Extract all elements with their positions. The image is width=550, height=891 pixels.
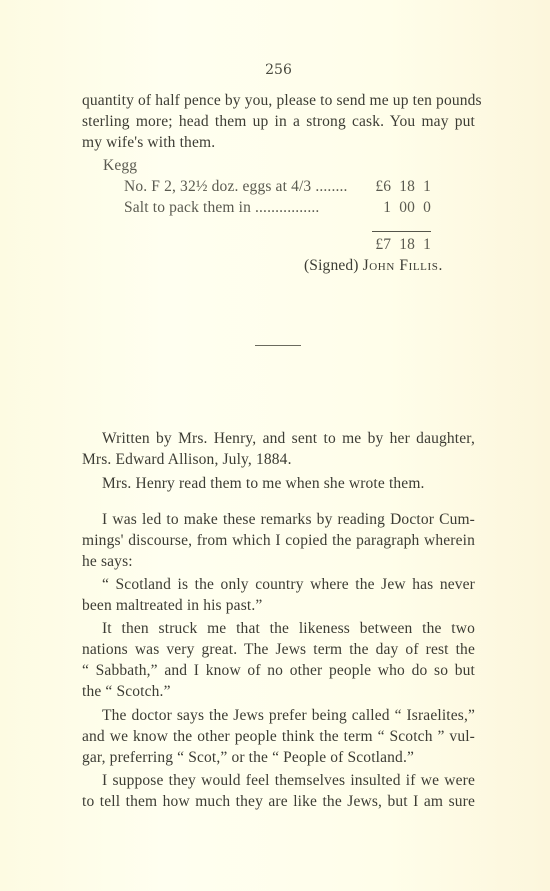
paragraph-line: been maltreated in his past.” (82, 597, 262, 615)
page-number: 256 (82, 62, 475, 78)
invoice-total: £7 18 1 (362, 236, 431, 254)
paragraph-line: to tell them how much they are like the … (82, 793, 475, 811)
text-line: quantity of half pence by you, please to… (82, 92, 475, 110)
invoice-item-amount: 1 00 0 (362, 199, 431, 217)
paragraph-line: I suppose they would feel themselves ins… (102, 772, 475, 790)
paragraph-line: “ Scotland is the only country where the… (102, 576, 475, 594)
essay-note: Mrs. Henry read them to me when she wrot… (102, 475, 425, 493)
paragraph-line: “ Sabbath,” and I know of no other peopl… (82, 662, 475, 680)
paragraph-line: I was led to make these remarks by readi… (102, 511, 475, 529)
paragraph-line: mings' discourse, from which I copied th… (82, 532, 475, 550)
invoice-item-description: No. F 2, 32½ doz. eggs at 4/3 ........ (124, 178, 348, 196)
paragraph-line: and we know the other people think the t… (82, 728, 475, 746)
invoice-item-amount: £6 18 1 (362, 178, 431, 196)
paragraph-line: The doctor says the Jews prefer being ca… (102, 707, 475, 725)
paragraph-line: gar, preferring “ Scot,” or the “ People… (82, 749, 414, 767)
section-divider (255, 345, 301, 346)
signature: (Signed) John Fillis. (304, 257, 443, 275)
total-rule (372, 231, 431, 232)
invoice-heading: Kegg (103, 157, 137, 175)
paragraph-line: nations was very great. The Jews term th… (82, 641, 475, 659)
paragraph-line: he says: (82, 553, 133, 571)
text-line: sterling more; head them up in a strong … (82, 113, 475, 131)
invoice-item-description: Salt to pack them in ................ (124, 199, 319, 217)
text-line: my wife's with them. (82, 134, 215, 152)
paragraph-line: the “ Scotch.” (82, 683, 171, 701)
signature-prefix: (Signed) (304, 257, 359, 274)
essay-intro-line: Written by Mrs. Henry, and sent to me by… (102, 430, 475, 448)
essay-intro-line: Mrs. Edward Allison, July, 1884. (82, 451, 292, 469)
signature-name: John Fillis. (363, 257, 443, 274)
paragraph-line: It then struck me that the likeness betw… (102, 620, 475, 638)
